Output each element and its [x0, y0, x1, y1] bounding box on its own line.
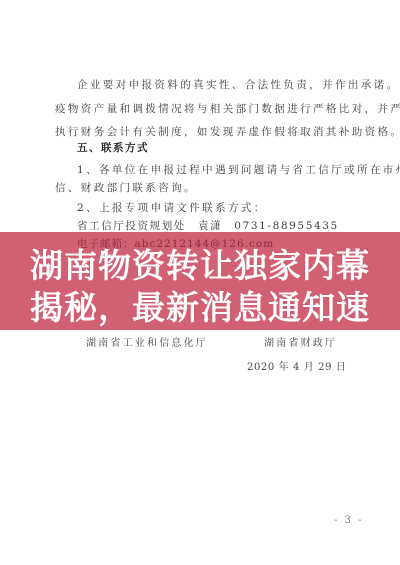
- document-page: 企业要对申报资料的真实性、合法性负责，并作出承诺。防 疫物资产量和调拨情况将与相…: [0, 0, 400, 565]
- paragraph-line: 企业要对申报资料的真实性、合法性负责，并作出承诺。防: [77, 77, 400, 92]
- paragraph-line: 1、各单位在申报过程中遇到问题请与省工信厅或所在市州工: [77, 162, 400, 177]
- paragraph-line: 2、上报专项申请文件联系方式：: [77, 200, 267, 215]
- headline-banner: 电子邮箱：abc2212144@126.com 湖南物资转让独家内幕 揭秘，最新…: [0, 232, 400, 330]
- paragraph-line: 疫物资产量和调拨情况将与相关部门数据进行严格比对，并严格: [55, 101, 400, 116]
- paragraph-line: 执行财务会计有关制度，如发现弄虚作假将取消其补助资格。: [55, 124, 400, 139]
- signature-left: 湖南省工业和信息化厅: [86, 334, 208, 349]
- contact-line: 省工信厅投资规划处 袁潇 0731-88955435: [77, 218, 339, 233]
- paragraph-line: 信、财政部门联系咨询。: [55, 180, 197, 195]
- section-heading: 五、联系方式: [77, 140, 149, 155]
- signature-right: 湖南省财政厅: [264, 334, 337, 349]
- banner-headline-line1: 湖南物资转让独家内幕: [0, 240, 400, 287]
- page-number: - 3 -: [334, 515, 363, 526]
- document-date: 2020 年 4 月 29 日: [247, 358, 346, 373]
- banner-headline-line2: 揭秘，最新消息通知速: [0, 282, 400, 329]
